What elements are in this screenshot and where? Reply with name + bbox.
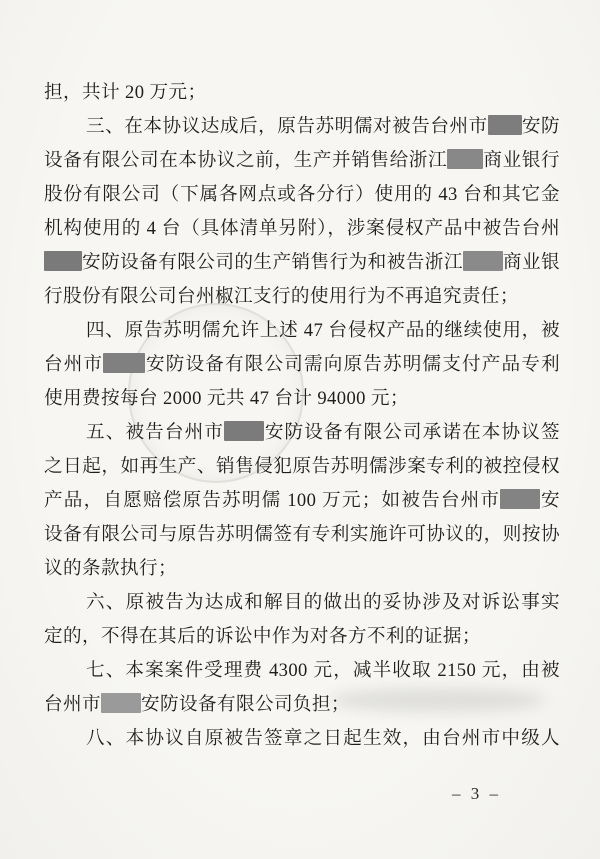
redaction-box: [488, 115, 522, 135]
text-line: 行股份有限公司台州椒江支行的使用行为不再追究责任；: [44, 280, 560, 314]
text-line: 七、本案案件受理费 4300 元，减半收取 2150 元，由被告: [44, 654, 560, 688]
text-segment: 机构使用的 4 台（具体清单另附），涉案侵权产品中被告台州市: [44, 218, 560, 246]
text-segment: 六、原被告为达成和解目的做出的妥协涉及对诉讼事实认: [44, 592, 560, 620]
text-segment: 台州市: [44, 354, 103, 375]
text-line: 安防设备有限公司的生产销售行为和被告浙江商业银: [44, 246, 560, 280]
text-line: 八、本协议自原被告签章之日起生效，由台州市中级人民: [44, 722, 560, 756]
text-segment: 安防: [522, 116, 560, 137]
text-segment: 产品，自愿赔偿原告苏明儒 100 万元；如被告台州市: [44, 490, 500, 511]
text-segment: 行股份有限公司台州椒江支行的使用行为不再追究责任；: [44, 286, 519, 307]
page-number: – 3 –: [452, 784, 562, 804]
redaction-box: [224, 421, 264, 441]
text-segment: 安防设备有限公司的生产销售行为和被告浙江: [82, 252, 463, 273]
text-segment: 设备有限公司在本协议之前，生产并销售给浙江: [44, 150, 447, 171]
text-line: 设备有限公司与原告苏明儒签有专利实施许可协议的，则按协: [44, 518, 560, 552]
text-line: 五、被告台州市安防设备有限公司承诺在本协议签订: [44, 416, 560, 450]
text-segment: 五、被告台州市: [86, 422, 224, 443]
text-segment: 之日起，如再生产、销售侵犯原告苏明儒涉案专利的被控侵权: [44, 456, 560, 477]
redaction-box: [447, 149, 483, 169]
redaction-box: [101, 693, 141, 713]
text-segment: 担，共计 20 万元；: [44, 82, 206, 103]
text-line: 担，共计 20 万元；: [44, 76, 560, 110]
text-line: 使用费按每台 2000 元共 47 台计 94000 元；: [44, 382, 560, 416]
redaction-box: [463, 251, 503, 271]
scanned-document-page: 担，共计 20 万元；三、在本协议达成后，原告苏明儒对被告台州市安防设备有限公司…: [0, 0, 600, 859]
text-segment: 设备有限公司与原告苏明儒签有专利实施许可协议的，则按协: [44, 524, 560, 545]
text-segment: 七、本案案件受理费 4300 元，减半收取 2150 元，由被告: [44, 660, 560, 688]
text-line: 台州市安防设备有限公司负担；: [44, 688, 560, 722]
text-line: 议的条款执行；: [44, 552, 560, 586]
text-line: 设备有限公司在本协议之前，生产并销售给浙江商业银行: [44, 144, 560, 178]
text-segment: 台州市: [44, 694, 101, 715]
redaction-box: [103, 353, 145, 373]
text-line: 六、原被告为达成和解目的做出的妥协涉及对诉讼事实认: [44, 586, 560, 620]
text-segment: 四、原告苏明儒允许上述 47 台侵权产品的继续使用，被告: [44, 320, 560, 348]
text-segment: 三、在本协议达成后，原告苏明儒对被告台州市: [86, 116, 488, 137]
redaction-box: [44, 251, 82, 271]
text-segment: 股份有限公司（下属各网点或各分行）使用的 43 台和其它金融: [44, 184, 560, 212]
text-line: 产品，自愿赔偿原告苏明儒 100 万元；如被告台州市安防: [44, 484, 560, 518]
text-segment: 议的条款执行；: [44, 558, 177, 579]
text-line: 定的，不得在其后的诉讼中作为对各方不利的证据；: [44, 620, 560, 654]
text-segment: 安防设备有限公司负担；: [141, 694, 350, 715]
text-line: 三、在本协议达成后，原告苏明儒对被告台州市安防: [44, 110, 560, 144]
text-segment: 商业银: [503, 252, 560, 273]
text-line: 之日起，如再生产、销售侵犯原告苏明儒涉案专利的被控侵权: [44, 450, 560, 484]
text-segment: 八、本协议自原被告签章之日起生效，由台州市中级人民: [44, 728, 560, 756]
text-line: 台州市安防设备有限公司需向原告苏明儒支付产品专利权: [44, 348, 560, 382]
text-line: 四、原告苏明儒允许上述 47 台侵权产品的继续使用，被告: [44, 314, 560, 348]
text-segment: 定的，不得在其后的诉讼中作为对各方不利的证据；: [44, 626, 481, 647]
document-body-lines: 担，共计 20 万元；三、在本协议达成后，原告苏明儒对被告台州市安防设备有限公司…: [44, 76, 560, 756]
text-segment: 使用费按每台 2000 元共 47 台计 94000 元；: [44, 388, 409, 409]
text-line: 机构使用的 4 台（具体清单另附），涉案侵权产品中被告台州市: [44, 212, 560, 246]
text-segment: 商业银行: [483, 150, 560, 171]
text-line: 股份有限公司（下属各网点或各分行）使用的 43 台和其它金融: [44, 178, 560, 212]
redaction-box: [500, 489, 540, 509]
